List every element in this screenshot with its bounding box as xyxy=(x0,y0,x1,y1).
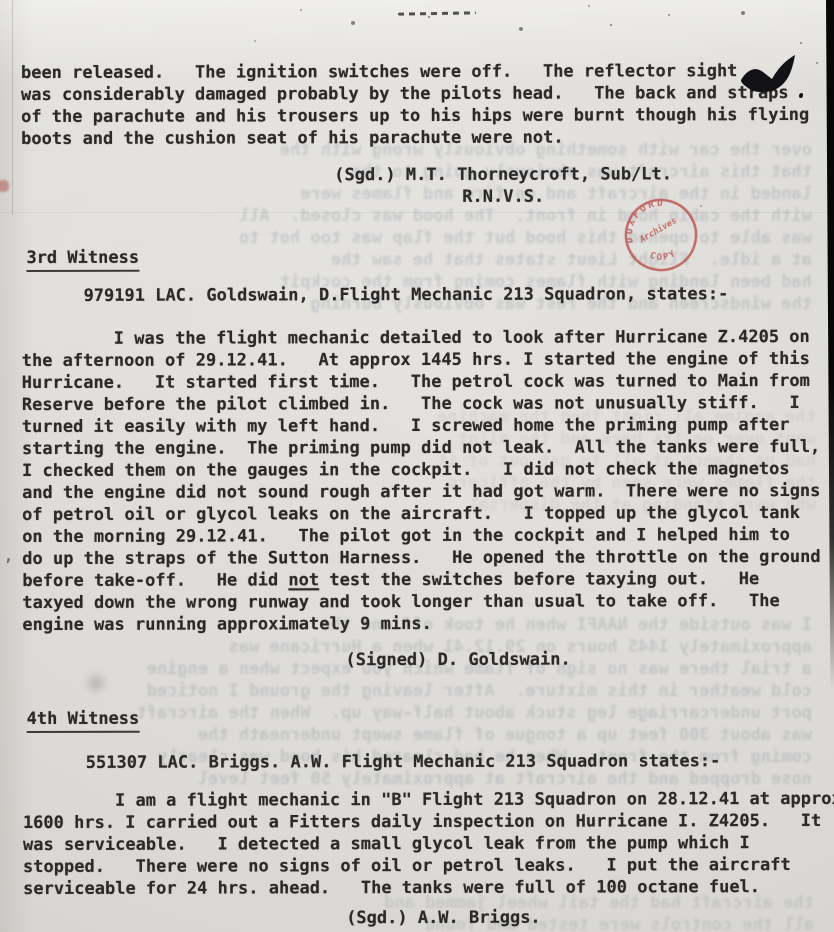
document-line: serviceable for 24 hrs. ahead. The tanks… xyxy=(23,876,823,900)
document-line: do up the straps of the Sutton Harness. … xyxy=(22,546,822,570)
document-line: the afternoon of 29.12.41. At approx 144… xyxy=(22,348,822,372)
signature-goldswain: (Signed) D. Goldswain. xyxy=(345,649,570,672)
document-line: turned it easily with my left hand. I sc… xyxy=(22,414,822,438)
witness3-heading-text: 3rd Witness xyxy=(26,247,139,272)
witness4-statement: I am a flight mechanic in "B" Flight 213… xyxy=(23,788,823,900)
witness3-intro-line: 979191 LAC. Goldswain, D.Flight Mechanic… xyxy=(84,283,729,307)
signature-thorneycroft: (Sgd.) M.T. Thorneycroft, Sub/Lt. R.N.V.… xyxy=(334,163,672,208)
document-line: boots and the cushion seat of his parach… xyxy=(21,126,816,150)
document-line: on the morning 29.12.41. The pilot got i… xyxy=(22,524,822,548)
document-line: 1600 hrs. I carried out a Fitters daily … xyxy=(23,810,823,834)
witness3-statement: I was the flight mechanic detailed to lo… xyxy=(22,326,823,636)
document-line: been released. The ignition switches wer… xyxy=(21,60,816,84)
document-line: I am a flight mechanic in "B" Flight 213… xyxy=(23,788,823,812)
stamp-middle-text: Archives xyxy=(637,215,679,246)
typed-text-layer: been released. The ignition switches wer… xyxy=(0,0,834,932)
witness4-intro-line: 551307 LAC. Briggs. A.W. Flight Mechanic… xyxy=(86,750,721,774)
document-line: taxyed down the wrong runway and took lo… xyxy=(22,590,822,614)
ink-blot-mark xyxy=(739,52,797,98)
red-margin-mark xyxy=(0,180,9,192)
signature-line: (Sgd.) M.T. Thorneycroft, Sub/Lt. xyxy=(334,163,672,186)
paper-specks xyxy=(0,0,2,2)
document-line: Hurricane. It started first time. The pe… xyxy=(22,370,822,394)
document-line: engine was running approximately 9 mins. xyxy=(22,612,822,636)
witness4-section-heading: 4th Witness xyxy=(27,708,140,733)
document-line: Reserve before the pilot climbed in. The… xyxy=(22,392,822,416)
document-line: stopped. There were no signs of oil or p… xyxy=(23,854,823,878)
document-line: of petrol oil or glycol leaks on the air… xyxy=(22,502,822,526)
margin-tick-mark: ‚ xyxy=(4,545,13,567)
document-line: I was the flight mechanic detailed to lo… xyxy=(22,326,822,350)
document-line: was considerably damaged probably by the… xyxy=(21,82,816,106)
document-line: I checked them on the gauges in the cock… xyxy=(22,458,822,482)
opening-paragraph: been released. The ignition switches wer… xyxy=(21,60,816,150)
witness3-section-heading: 3rd Witness xyxy=(26,247,139,272)
document-line: before take-off. He did not test the swi… xyxy=(22,568,822,592)
document-line: and the engine did not sound rough after… xyxy=(22,480,822,504)
document-line: starting the engine. The priming pump di… xyxy=(22,436,822,460)
scanned-document-page: over the car with something obviously wr… xyxy=(0,0,834,932)
document-line: was serviceable. I detected a small glyc… xyxy=(23,832,823,856)
signature-briggs: (Sgd.) A.W. Briggs. xyxy=(346,907,541,930)
witness4-heading-text: 4th Witness xyxy=(27,708,140,733)
document-line: of the parachute and his trousers up to … xyxy=(21,104,816,128)
